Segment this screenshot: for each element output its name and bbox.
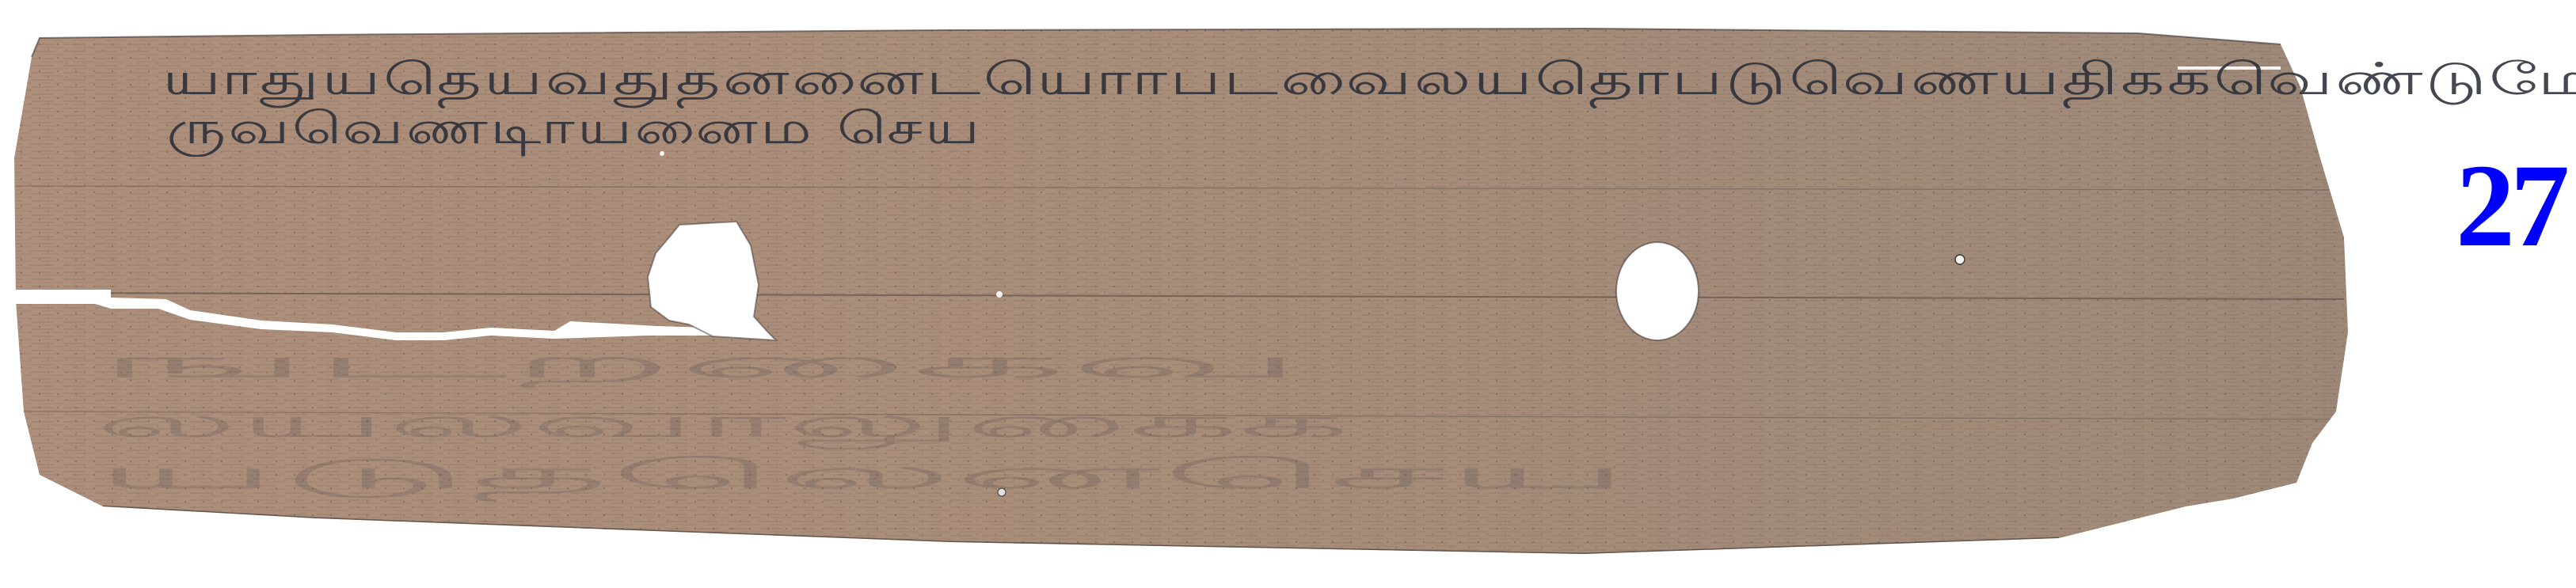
page-number: 27 (2443, 146, 2576, 265)
manuscript-scan: ஙடறகைவ லயலவாலுகைக யடுதலெனசெய யாதுயதெயவது… (0, 0, 2576, 588)
string-hole-right (1616, 242, 1699, 340)
manuscript-text-line-2: ருவவெணடிாயனைம செய (166, 103, 982, 160)
faded-text-row-3: யடுதலெனசெய (95, 451, 1630, 504)
faded-text-row-1: ஙடறகைவ (95, 340, 1304, 393)
faded-text-row-2: லயலவாலுகைக (95, 400, 1349, 453)
